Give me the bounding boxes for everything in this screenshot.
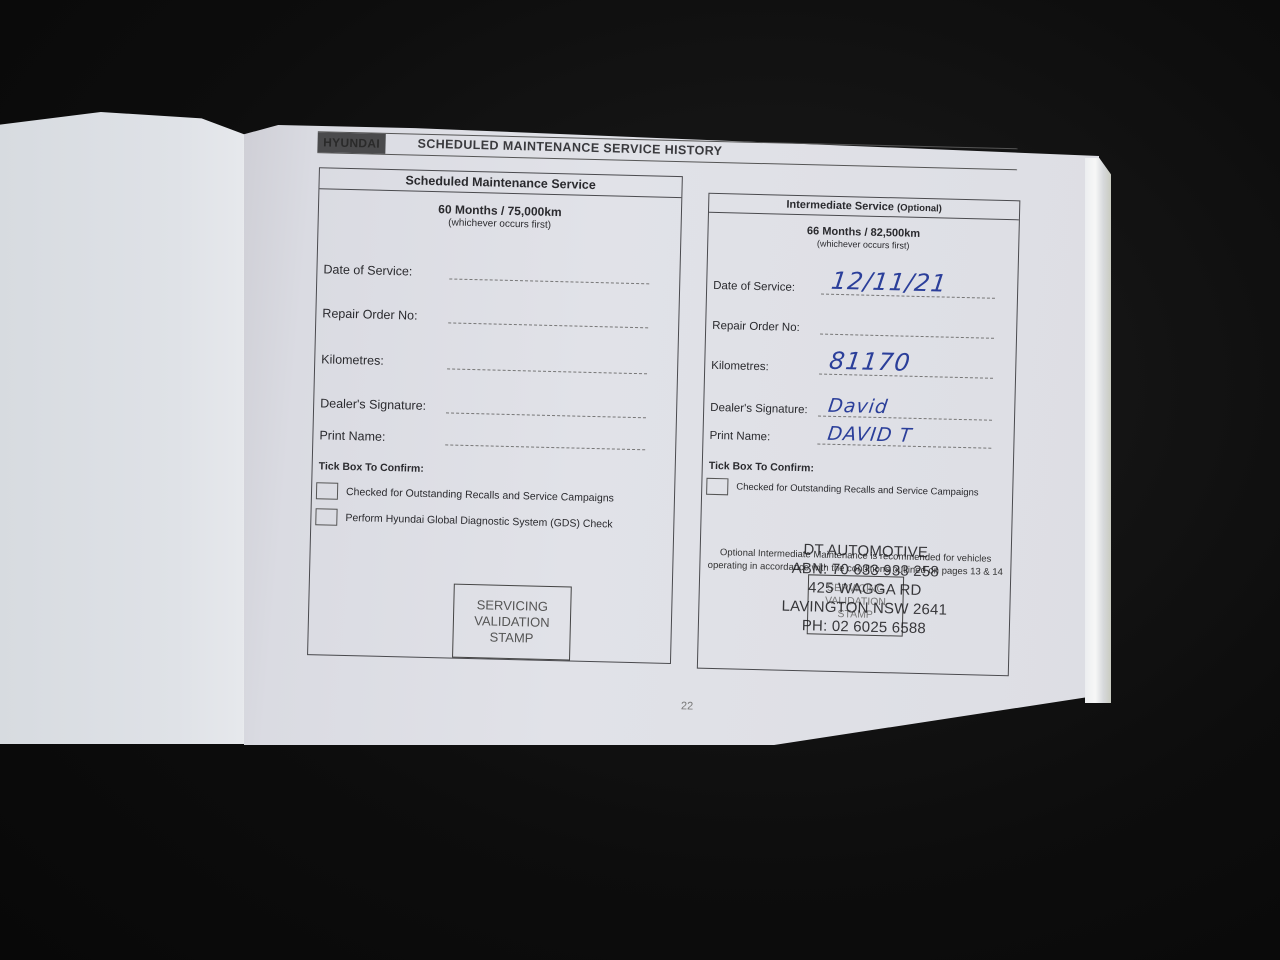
field-label: Kilometres: xyxy=(711,360,769,373)
field-label: Date of Service: xyxy=(323,262,412,278)
repair-order-field[interactable]: Repair Order No: xyxy=(712,310,1006,341)
recalls-check-row[interactable]: Checked for Outstanding Recalls and Serv… xyxy=(706,478,979,502)
service-interval: 60 Months / 75,000km (whichever occurs f… xyxy=(319,199,682,234)
panel-heading: Intermediate Service (Optional) xyxy=(709,194,1019,221)
panel-heading: Scheduled Maintenance Service xyxy=(319,168,681,198)
date-of-service-field[interactable]: Date of Service: xyxy=(323,254,669,286)
gds-check-row[interactable]: Perform Hyundai Global Diagnostic System… xyxy=(315,508,613,532)
service-interval: 66 Months / 82,500km (whichever occurs f… xyxy=(708,223,1018,254)
service-history-page: HYUNDAI SCHEDULED MAINTENANCE SERVICE HI… xyxy=(295,125,1079,744)
recalls-checkbox[interactable] xyxy=(316,482,338,500)
handwritten-signature: David xyxy=(827,395,890,418)
field-label: Date of Service: xyxy=(713,280,795,294)
page-title: SCHEDULED MAINTENANCE SERVICE HISTORY xyxy=(417,137,722,158)
handwritten-kilometres: 81170 xyxy=(828,347,913,377)
print-name-field[interactable]: Print Name: DAVID T xyxy=(709,420,1003,451)
dealer-rubber-stamp: DT AUTOMOTIVE ABN: 70 633 933 258 425 WA… xyxy=(759,539,971,639)
brand-tag: HYUNDAI xyxy=(317,132,385,154)
entry-line xyxy=(446,412,646,418)
field-label: Repair Order No: xyxy=(322,306,418,322)
entry-line xyxy=(447,368,647,374)
dealer-signature-field[interactable]: Dealer's Signature: xyxy=(320,388,666,420)
dealer-signature-field[interactable]: Dealer's Signature: David xyxy=(710,392,1004,423)
servicing-validation-stamp-box: SERVICING VALIDATION STAMP xyxy=(452,584,572,661)
checkbox-label: Checked for Outstanding Recalls and Serv… xyxy=(346,485,614,504)
field-label: Print Name: xyxy=(319,428,385,444)
page-number: 22 xyxy=(681,700,694,712)
checkbox-label: Checked for Outstanding Recalls and Serv… xyxy=(736,482,979,499)
date-of-service-field[interactable]: Date of Service: 12/11/21 xyxy=(713,270,1007,301)
optional-tag: (Optional) xyxy=(897,202,942,214)
print-name-field[interactable]: Print Name: xyxy=(319,420,665,452)
stamp-line: STAMP xyxy=(453,629,569,648)
recalls-checkbox[interactable] xyxy=(706,478,728,496)
page-header: HYUNDAI SCHEDULED MAINTENANCE SERVICE HI… xyxy=(317,131,1017,170)
handwritten-print-name: DAVID T xyxy=(826,423,913,447)
heading-text: Intermediate Service xyxy=(786,199,894,214)
scheduled-service-panel: Scheduled Maintenance Service 60 Months … xyxy=(307,167,683,664)
intermediate-service-panel: Intermediate Service (Optional) 66 Month… xyxy=(697,193,1021,676)
field-label: Repair Order No: xyxy=(712,320,800,334)
tick-box-title: Tick Box To Confirm: xyxy=(319,460,424,475)
entry-line xyxy=(820,334,994,339)
recalls-check-row[interactable]: Checked for Outstanding Recalls and Serv… xyxy=(316,482,614,506)
tick-box-title: Tick Box To Confirm: xyxy=(709,460,814,475)
field-label: Dealer's Signature: xyxy=(320,396,426,413)
field-label: Dealer's Signature: xyxy=(710,402,808,416)
repair-order-field[interactable]: Repair Order No: xyxy=(322,298,668,330)
left-blank-page xyxy=(0,112,252,744)
handwritten-date: 12/11/21 xyxy=(830,267,949,298)
kilometres-field[interactable]: Kilometres: 81170 xyxy=(711,350,1005,381)
entry-line xyxy=(445,444,645,450)
entry-line xyxy=(449,278,649,284)
kilometres-field[interactable]: Kilometres: xyxy=(321,344,667,376)
checkbox-label: Perform Hyundai Global Diagnostic System… xyxy=(345,511,612,530)
gds-checkbox[interactable] xyxy=(315,508,337,526)
entry-line xyxy=(448,322,648,328)
page-edges xyxy=(1085,158,1111,703)
field-label: Print Name: xyxy=(709,430,770,443)
field-label: Kilometres: xyxy=(321,352,384,368)
